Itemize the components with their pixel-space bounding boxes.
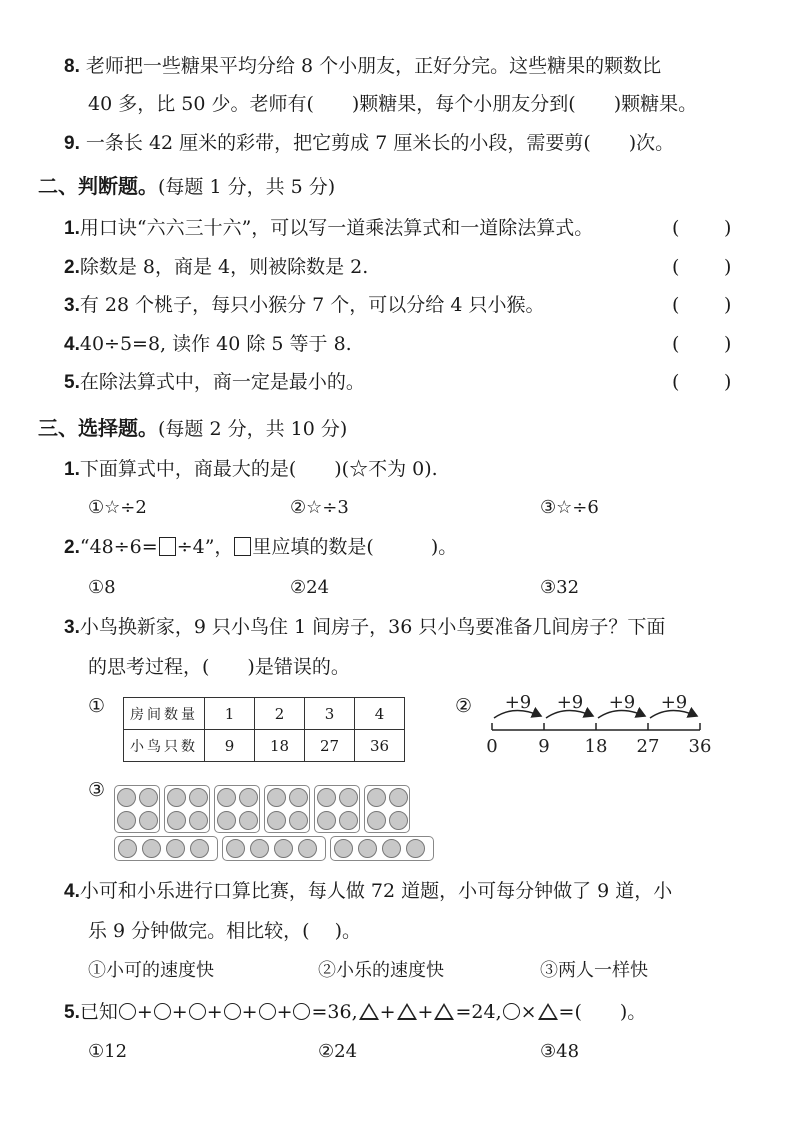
plus-sign: + (137, 1001, 153, 1023)
choice-question-4: 4.小可和小乐进行口算比赛，每人做 72 道题，小可每分钟做了 9 道，小 (64, 879, 672, 904)
question-text: 一条长 42 厘米的彩带，把它剪成 7 厘米长的小段，需要剪( )次。 (86, 132, 674, 154)
figure-label-2[interactable]: ② (455, 695, 472, 717)
item-number: 2. (64, 257, 80, 278)
circle-symbol-icon (154, 1003, 171, 1020)
question-number: 4. (64, 881, 80, 902)
option-3[interactable]: ③48 (540, 1040, 579, 1064)
circle-symbol-icon (224, 1003, 241, 1020)
item-text: 在除法算式中，商一定是最小的。 (80, 371, 365, 393)
question-text: 里应填的数是( )。 (252, 536, 457, 558)
plus-sign: + (277, 1001, 293, 1023)
answer-paren-close: ) (724, 370, 731, 394)
dot-group (114, 785, 160, 833)
judgement-item: 4.40÷5=8, 读作 40 除 5 等于 8. (64, 332, 352, 357)
section-title: 三、选择题。 (38, 416, 158, 440)
plus-sign: + (380, 1001, 396, 1023)
question-9: 9. 一条长 42 厘米的彩带，把它剪成 7 厘米长的小段，需要剪( )次。 (64, 131, 674, 156)
figure-label-1[interactable]: ① (88, 695, 105, 717)
dot-group (330, 836, 434, 861)
item-number: 3. (64, 295, 80, 316)
answer-paren-open[interactable]: ( (672, 255, 679, 279)
question-number: 8. (64, 56, 80, 77)
question-text: “48÷6= (80, 536, 158, 558)
dot-groups-bottom (114, 836, 434, 861)
judgement-item: 3.有 28 个桃子，每只小猴分 7 个，可以分给 4 只小猴。 (64, 293, 544, 318)
tick-label: 36 (689, 736, 712, 757)
question-text: =( )。 (559, 1001, 647, 1023)
times-sign: × (521, 1001, 537, 1023)
choice-question-2: 2.“48÷6=÷4”，里应填的数是( )。 (64, 535, 457, 560)
question-text: 小可和小乐进行口算比赛，每人做 72 道题，小可每分钟做了 9 道，小 (80, 880, 672, 902)
answer-paren-open[interactable]: ( (672, 293, 679, 317)
dot-groups-top (114, 785, 410, 833)
tick-label: 18 (585, 736, 608, 757)
question-number: 5. (64, 1002, 80, 1023)
table-cell: 4 (355, 698, 405, 730)
judgement-item: 5.在除法算式中，商一定是最小的。 (64, 370, 365, 395)
figure-label-3[interactable]: ③ (88, 779, 105, 801)
plus-sign: + (207, 1001, 223, 1023)
circle-symbol-icon (189, 1003, 206, 1020)
table-row: 房间数量 1 2 3 4 (124, 698, 405, 730)
question-number: 2. (64, 537, 80, 558)
triangle-symbol-icon (434, 1003, 454, 1020)
table-cell: 18 (255, 730, 305, 762)
blank-square-icon (159, 537, 176, 556)
table-cell: 9 (205, 730, 255, 762)
blank-square-icon (234, 537, 251, 556)
dot-group (264, 785, 310, 833)
question-text: ÷4”， (177, 536, 234, 558)
choice-question-5: 5.已知+++++=36,++=24,×=( )。 (64, 1000, 646, 1025)
answer-paren-close: ) (724, 216, 731, 240)
question-number: 1. (64, 459, 80, 480)
circle-symbol-icon (119, 1003, 136, 1020)
option-2[interactable]: ②24 (290, 576, 329, 600)
triangle-symbol-icon (359, 1003, 379, 1020)
dot-group (214, 785, 260, 833)
judgement-item: 2.除数是 8，商是 4，则被除数是 2. (64, 255, 368, 280)
item-number: 1. (64, 218, 80, 239)
section-title: 二、判断题。 (38, 174, 158, 198)
choice-question-1: 1.下面算式中，商最大的是( )(☆不为 0). (64, 457, 438, 482)
question-text: 已知 (80, 1001, 118, 1023)
dot-group (364, 785, 410, 833)
dot-group (164, 785, 210, 833)
step-label: +9 (609, 692, 636, 713)
item-number: 4. (64, 334, 80, 355)
item-text: 用口诀“六六三十六”，可以写一道乘法算式和一道除法算式。 (80, 217, 593, 239)
dot-group (314, 785, 360, 833)
table-cell: 3 (305, 698, 355, 730)
answer-paren-close: ) (724, 255, 731, 279)
option-1[interactable]: ①8 (88, 576, 116, 600)
tick-label: 9 (538, 736, 549, 757)
option-1[interactable]: ①12 (88, 1040, 127, 1064)
option-3[interactable]: ③32 (540, 576, 579, 600)
item-number: 5. (64, 372, 80, 393)
step-label: +9 (557, 692, 584, 713)
answer-paren-open[interactable]: ( (672, 332, 679, 356)
row-header: 小鸟只数 (124, 730, 205, 762)
room-bird-table: 房间数量 1 2 3 4 小鸟只数 9 18 27 36 (123, 697, 405, 762)
item-text: 除数是 8，商是 4，则被除数是 2. (80, 256, 368, 278)
number-line-diagram: +9 +9 +9 +9 0 9 18 27 36 (480, 692, 720, 762)
question-text: 老师把一些糖果平均分给 8 个小朋友，正好分完。这些糖果的颗数比 (86, 55, 661, 77)
option-3[interactable]: ③两人一样快 (540, 959, 648, 983)
question-4-line2: 乐 9 分钟做完。相比较，( )。 (88, 919, 361, 943)
item-text: 有 28 个桃子，每只小猴分 7 个，可以分给 4 只小猴。 (80, 294, 545, 316)
question-3-line2: 的思考过程，( )是错误的。 (88, 655, 350, 679)
circle-symbol-icon (293, 1003, 310, 1020)
question-text: 下面算式中，商最大的是( )(☆不为 0). (80, 458, 438, 480)
section-heading-choice: 三、选择题。(每题 2 分，共 10 分) (38, 415, 347, 442)
table-cell: 36 (355, 730, 405, 762)
equation-result: =36, (311, 1001, 357, 1023)
equation-result: =24, (455, 1001, 501, 1023)
question-text: 小鸟换新家，9 只小鸟住 1 间房子，36 只小鸟要准备几间房子？下面 (80, 616, 666, 638)
step-label: +9 (505, 692, 532, 713)
question-number: 9. (64, 133, 80, 154)
dot-group (222, 836, 326, 861)
option-1[interactable]: ①小可的速度快 (88, 959, 214, 983)
option-3[interactable]: ③☆÷6 (540, 496, 599, 520)
answer-paren-open[interactable]: ( (672, 216, 679, 240)
option-2[interactable]: ②☆÷3 (290, 496, 349, 520)
tick-label: 0 (486, 736, 497, 757)
plus-sign: + (242, 1001, 258, 1023)
row-header: 房间数量 (124, 698, 205, 730)
table-cell: 2 (255, 698, 305, 730)
plus-sign: + (172, 1001, 188, 1023)
item-text: 40÷5=8, 读作 40 除 5 等于 8. (80, 333, 352, 355)
triangle-symbol-icon (397, 1003, 417, 1020)
option-1[interactable]: ①☆÷2 (88, 496, 147, 520)
option-2[interactable]: ②24 (318, 1040, 357, 1064)
judgement-item: 1.用口诀“六六三十六”，可以写一道乘法算式和一道除法算式。 (64, 216, 593, 241)
table-cell: 27 (305, 730, 355, 762)
option-2[interactable]: ②小乐的速度快 (318, 959, 444, 983)
triangle-symbol-icon (538, 1003, 558, 1020)
table-cell: 1 (205, 698, 255, 730)
circle-symbol-icon (503, 1003, 520, 1020)
question-8-line2: 40 多，比 50 少。老师有( )颗糖果，每个小朋友分到( )颗糖果。 (88, 92, 697, 116)
plus-sign: + (418, 1001, 434, 1023)
answer-paren-close: ) (724, 293, 731, 317)
section-subtitle: (每题 1 分，共 5 分) (158, 176, 335, 198)
answer-paren-open[interactable]: ( (672, 370, 679, 394)
circle-symbol-icon (259, 1003, 276, 1020)
question-8: 8. 老师把一些糖果平均分给 8 个小朋友，正好分完。这些糖果的颗数比 (64, 54, 661, 79)
step-label: +9 (661, 692, 688, 713)
question-number: 3. (64, 617, 80, 638)
table-row: 小鸟只数 9 18 27 36 (124, 730, 405, 762)
dot-group (114, 836, 218, 861)
tick-label: 27 (637, 736, 660, 757)
answer-paren-close: ) (724, 332, 731, 356)
choice-question-3: 3.小鸟换新家，9 只小鸟住 1 间房子，36 只小鸟要准备几间房子？下面 (64, 615, 665, 640)
section-subtitle: (每题 2 分，共 10 分) (158, 418, 347, 440)
section-heading-judgement: 二、判断题。(每题 1 分，共 5 分) (38, 173, 335, 200)
